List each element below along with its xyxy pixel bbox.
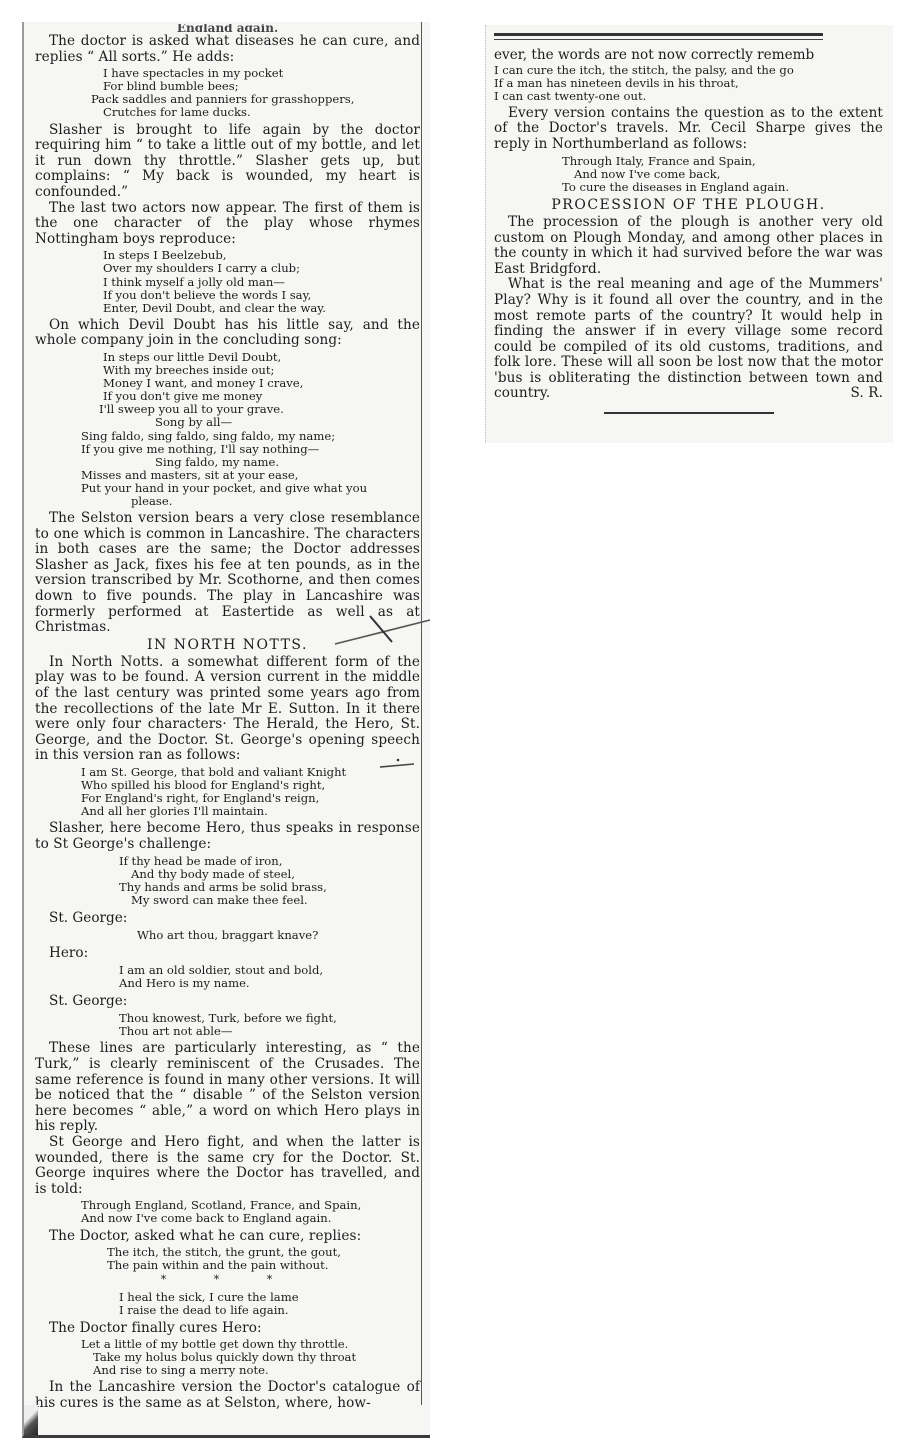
paragraph: In the Lancashire version the Doctor's c… <box>35 1380 420 1411</box>
verse-line: If you give me nothing, I'll say nothing… <box>35 443 420 456</box>
pencil-cross-mark <box>330 612 440 652</box>
verse-line: The pain within and the pain without. <box>35 1259 420 1272</box>
paragraph: Slasher, here become Hero, thus speaks i… <box>35 821 420 852</box>
verse-block: In steps I Beelzebub,Over my shoulders I… <box>35 249 420 314</box>
asterism: * * * <box>35 1275 420 1285</box>
section-heading: PROCESSION OF THE PLOUGH. <box>494 197 883 214</box>
verse-line: Song by all— <box>35 416 420 429</box>
verse-line: And now I've come back, <box>494 168 883 181</box>
verse-line: Over my shoulders I carry a club; <box>35 262 420 275</box>
verse-line: please. <box>35 495 420 508</box>
verse-block: Who art thou, braggart knave? <box>35 929 420 942</box>
paragraph: The Doctor, asked what he can cure, repl… <box>35 1229 420 1245</box>
paragraph: St George and Hero fight, and when the l… <box>35 1135 420 1197</box>
verse-line: If a man has nineteen devils in his thro… <box>494 77 883 90</box>
verse-line: I can cast twenty-one out. <box>494 90 883 103</box>
verse-line: If thy head be made of iron, <box>35 855 420 868</box>
paragraph: The doctor is asked what diseases he can… <box>35 34 420 65</box>
verse-line: Through Italy, France and Spain, <box>494 155 883 168</box>
article-body-right: ever, the words are not now correctly re… <box>494 48 883 402</box>
author-signature: S. R. <box>836 386 883 402</box>
paragraph: Slasher is brought to life again by the … <box>35 123 420 201</box>
verse-line: My sword can make thee feel. <box>35 894 420 907</box>
verse-block: Through England, Scotland, France, and S… <box>35 1199 420 1225</box>
verse-block: Through Italy, France and Spain,And now … <box>494 155 883 194</box>
verse-block: I am St. George, that bold and valiant K… <box>35 766 420 818</box>
paragraph: The procession of the plough is another … <box>494 215 883 277</box>
speaker-label: St. George: <box>35 993 420 1010</box>
newspaper-clipping-right: ever, the words are not now correctly re… <box>485 25 893 443</box>
verse-block: In steps our little Devil Doubt,With my … <box>35 351 420 508</box>
verse-line: And rise to sing a merry note. <box>35 1364 420 1377</box>
verse-line: Put your hand in your pocket, and give w… <box>35 482 420 495</box>
verse-line: I can cure the itch, the stitch, the pal… <box>494 64 883 77</box>
verse-line: Thou art not able— <box>35 1025 420 1038</box>
verse-line: If you don't believe the words I say, <box>35 289 420 302</box>
verse-block: I am an old soldier, stout and bold,And … <box>35 964 420 990</box>
verse-line: Misses and masters, sit at your ease, <box>35 469 420 482</box>
verse-line: And thy body made of steel, <box>35 868 420 881</box>
verse-line: Sing faldo, sing faldo, sing faldo, my n… <box>35 430 420 443</box>
cut-off-line: England again. <box>35 24 420 32</box>
verse-line: And Hero is my name. <box>35 977 420 990</box>
verse-line: Sing faldo, my name. <box>35 456 420 469</box>
end-rule <box>604 412 774 414</box>
verse-block: I have spectacles in my pocketFor blind … <box>35 67 420 119</box>
newspaper-clipping-left: England again. The doctor is asked what … <box>22 22 430 1438</box>
verse-line: Who art thou, braggart knave? <box>35 929 420 942</box>
verse-line: Thy hands and arms be solid brass, <box>35 881 420 894</box>
paragraph: Every version contains the question as t… <box>494 106 883 153</box>
verse-block: ever, the words are not now correctly re… <box>494 48 883 103</box>
verse-block: Thou knowest, Turk, before we fight,Thou… <box>35 1012 420 1038</box>
verse-line: Enter, Devil Doubt, and clear the way. <box>35 302 420 315</box>
paragraph: These lines are particularly interesting… <box>35 1041 420 1135</box>
paragraph: The last two actors now appear. The firs… <box>35 201 420 248</box>
speaker-label: St. George: <box>35 910 420 927</box>
verse-line: I think myself a jolly old man— <box>35 276 420 289</box>
paragraph: The Doctor finally cures Hero: <box>35 1321 420 1337</box>
verse-line: And all her glories I'll maintain. <box>35 805 420 818</box>
article-body-left: The doctor is asked what diseases he can… <box>35 34 420 1412</box>
verse-block: The itch, the stitch, the grunt, the gou… <box>35 1246 420 1272</box>
paragraph: On which Devil Doubt has his little say,… <box>35 318 420 349</box>
verse-block: I heal the sick, I cure the lameI raise … <box>35 1291 420 1317</box>
column-rule <box>421 22 422 1405</box>
pencil-tick-mark <box>378 757 418 771</box>
verse-block: Let a little of my bottle get down thy t… <box>35 1338 420 1377</box>
paragraph: What is the real meaning and age of the … <box>494 277 883 402</box>
verse-line: ever, the words are not now correctly re… <box>494 48 883 64</box>
verse-line: Crutches for lame ducks. <box>35 106 420 119</box>
speaker-label: Hero: <box>35 945 420 962</box>
paragraph: In North Notts. a somewhat different for… <box>35 655 420 764</box>
verse-line: And now I've come back to England again. <box>35 1212 420 1225</box>
verse-line: To cure the diseases in England again. <box>494 181 883 194</box>
top-double-rule <box>494 33 823 40</box>
verse-line: I raise the dead to life again. <box>35 1304 420 1317</box>
verse-block: If thy head be made of iron,And thy body… <box>35 855 420 907</box>
